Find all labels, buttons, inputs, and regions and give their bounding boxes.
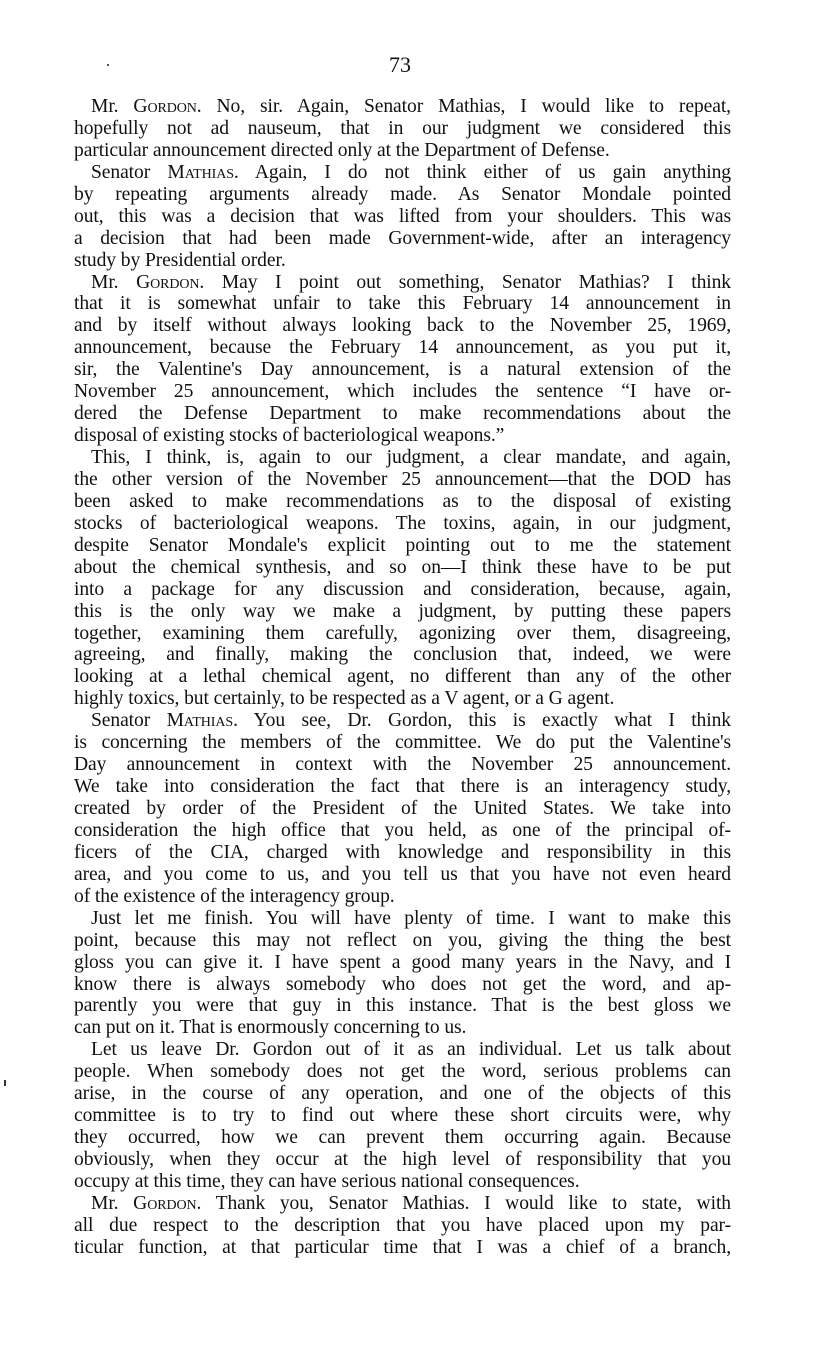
text-line: together, examining them carefully, agon…	[74, 623, 731, 645]
text-line: and by itself without always looking bac…	[74, 315, 731, 337]
line-text: into a package for any discussion and co…	[74, 579, 731, 600]
line-text: obviously, when they occur at the high l…	[74, 1149, 731, 1170]
line-text: can put on it. That is enormously concer…	[74, 1017, 466, 1038]
text-line: about the chemical synthesis, and so on—…	[74, 557, 731, 579]
line-text: highly toxics, but certainly, to be resp…	[74, 688, 614, 709]
text-line: out, this was a decision that was lifted…	[74, 206, 731, 228]
text-line: We take into consideration the fact that…	[74, 776, 731, 798]
line-text: You see, Dr. Gordon, this is exactly wha…	[238, 710, 731, 731]
line-text: by repeating arguments already made. As …	[74, 184, 731, 205]
text-line: Let us leave Dr. Gordon out of it as an …	[74, 1039, 731, 1061]
text-line: particular announcement directed only at…	[74, 140, 731, 162]
text-line: highly toxics, but certainly, to be resp…	[74, 688, 731, 710]
line-text: ticular function, at that particular tim…	[74, 1237, 731, 1258]
hearing-transcript-body: Mr. Gordon. No, sir. Again, Senator Math…	[74, 96, 731, 1259]
text-line: ticular function, at that particular tim…	[74, 1237, 731, 1259]
line-text: created by order of the President of the…	[74, 798, 731, 819]
line-text: occupy at this time, they can have serio…	[74, 1171, 580, 1192]
text-line: This, I think, is, again to our judgment…	[74, 447, 731, 469]
line-text: stocks of bacteriological weapons. The t…	[74, 513, 731, 534]
text-line: obviously, when they occur at the high l…	[74, 1149, 731, 1171]
line-text: together, examining them carefully, agon…	[74, 623, 731, 644]
text-line: the other version of the November 25 ann…	[74, 469, 731, 491]
line-text: been asked to make recommendations as to…	[74, 491, 731, 512]
text-line: created by order of the President of the…	[74, 798, 731, 820]
text-line: all due respect to the description that …	[74, 1215, 731, 1237]
text-line: arise, in the course of any operation, a…	[74, 1083, 731, 1105]
line-text: consideration the high office that you h…	[74, 820, 731, 841]
text-line: by repeating arguments already made. As …	[74, 184, 731, 206]
line-text: study by Presidential order.	[74, 250, 286, 271]
page-number: 73	[0, 52, 800, 78]
line-text: this is the only way we make a judgment,…	[74, 601, 731, 622]
line-text: point, because this may not reflect on y…	[74, 930, 731, 951]
speaker-line: Senator Mathias. Again, I do not think e…	[74, 162, 731, 184]
text-line: Day announcement in context with the Nov…	[74, 754, 731, 776]
line-text: arise, in the course of any operation, a…	[74, 1083, 731, 1104]
speaker-name: Mr. Gordon.	[91, 1193, 201, 1214]
line-text: people. When somebody does not get the w…	[74, 1061, 731, 1082]
speaker-line: Senator Mathias. You see, Dr. Gordon, th…	[74, 710, 731, 732]
text-line: this is the only way we make a judgment,…	[74, 601, 731, 623]
text-line: of the existence of the interagency grou…	[74, 886, 731, 908]
text-line: dered the Defense Department to make rec…	[74, 403, 731, 425]
text-line: Just let me finish. You will have plenty…	[74, 908, 731, 930]
line-text: May I point out something, Senator Mathi…	[204, 272, 731, 293]
line-text: they occurred, how we can prevent them o…	[74, 1127, 731, 1148]
line-text: sir, the Valentine's Day announcement, i…	[74, 359, 731, 380]
text-line: agreeing, and finally, making the conclu…	[74, 644, 731, 666]
line-text: know there is always somebody who does n…	[74, 974, 731, 995]
line-text: looking at a lethal chemical agent, no d…	[74, 666, 731, 687]
line-text: November 25 announcement, which includes…	[74, 381, 731, 402]
line-text: dered the Defense Department to make rec…	[74, 403, 731, 424]
line-text: hopefully not ad nauseum, that in our ju…	[74, 118, 731, 139]
line-text: disposal of existing stocks of bacteriol…	[74, 425, 504, 446]
speaker-name: Mr. Gordon.	[91, 96, 202, 117]
text-line: area, and you come to us, and you tell u…	[74, 864, 731, 886]
line-text: despite Senator Mondale's explicit point…	[74, 535, 731, 556]
text-line: announcement, because the February 14 an…	[74, 337, 731, 359]
line-text: This, I think, is, again to our judgment…	[91, 447, 731, 468]
text-line: study by Presidential order.	[74, 250, 731, 272]
text-line: occupy at this time, they can have serio…	[74, 1171, 731, 1193]
text-line: consideration the high office that you h…	[74, 820, 731, 842]
text-line: know there is always somebody who does n…	[74, 974, 731, 996]
line-text: area, and you come to us, and you tell u…	[74, 864, 731, 885]
line-text: Thank you, Senator Mathias. I would like…	[201, 1193, 731, 1214]
text-line: is concerning the members of the committ…	[74, 732, 731, 754]
text-line: committee is to try to find out where th…	[74, 1105, 731, 1127]
text-line: into a package for any discussion and co…	[74, 579, 731, 601]
text-line: been asked to make recommendations as to…	[74, 491, 731, 513]
line-text: out, this was a decision that was lifted…	[74, 206, 731, 227]
line-text: agreeing, and finally, making the conclu…	[74, 644, 731, 665]
line-text: Let us leave Dr. Gordon out of it as an …	[91, 1039, 731, 1060]
line-text: announcement, because the February 14 an…	[74, 337, 731, 358]
scan-artifact-mark	[4, 1080, 6, 1086]
line-text: and by itself without always looking bac…	[74, 315, 731, 336]
line-text: committee is to try to find out where th…	[74, 1105, 731, 1126]
text-line: gloss you can give it. I have spent a go…	[74, 952, 731, 974]
speaker-name: Senator Mathias.	[91, 710, 238, 731]
line-text: a decision that had been made Government…	[74, 228, 731, 249]
line-text: is concerning the members of the committ…	[74, 732, 731, 753]
text-line: a decision that had been made Government…	[74, 228, 731, 250]
line-text: We take into consideration the fact that…	[74, 776, 731, 797]
speaker-line: Mr. Gordon. May I point out something, S…	[74, 272, 731, 294]
text-line: sir, the Valentine's Day announcement, i…	[74, 359, 731, 381]
text-line: they occurred, how we can prevent them o…	[74, 1127, 731, 1149]
line-text: the other version of the November 25 ann…	[74, 469, 731, 490]
line-text: Day announcement in context with the Nov…	[74, 754, 731, 775]
text-line: hopefully not ad nauseum, that in our ju…	[74, 118, 731, 140]
line-text: gloss you can give it. I have spent a go…	[74, 952, 731, 973]
speaker-name: Senator Mathias.	[91, 162, 239, 183]
text-line: disposal of existing stocks of bacteriol…	[74, 425, 731, 447]
speaker-name: Mr. Gordon.	[91, 272, 204, 293]
speaker-line: Mr. Gordon. No, sir. Again, Senator Math…	[74, 96, 731, 118]
line-text: all due respect to the description that …	[74, 1215, 731, 1236]
text-line: ficers of the CIA, charged with knowledg…	[74, 842, 731, 864]
line-text: of the existence of the interagency grou…	[74, 886, 395, 907]
line-text: ficers of the CIA, charged with knowledg…	[74, 842, 731, 863]
text-line: can put on it. That is enormously concer…	[74, 1017, 731, 1039]
line-text: about the chemical synthesis, and so on—…	[74, 557, 731, 578]
line-text: Again, I do not think either of us gain …	[239, 162, 731, 183]
speaker-line: Mr. Gordon. Thank you, Senator Mathias. …	[74, 1193, 731, 1215]
text-line: that it is somewhat unfair to take this …	[74, 293, 731, 315]
line-text: particular announcement directed only at…	[74, 140, 610, 161]
text-line: people. When somebody does not get the w…	[74, 1061, 731, 1083]
line-text: No, sir. Again, Senator Mathias, I would…	[202, 96, 731, 117]
text-line: despite Senator Mondale's explicit point…	[74, 535, 731, 557]
text-line: stocks of bacteriological weapons. The t…	[74, 513, 731, 535]
text-line: looking at a lethal chemical agent, no d…	[74, 666, 731, 688]
line-text: that it is somewhat unfair to take this …	[74, 293, 731, 314]
text-line: point, because this may not reflect on y…	[74, 930, 731, 952]
text-line: November 25 announcement, which includes…	[74, 381, 731, 403]
text-line: parently you were that guy in this insta…	[74, 995, 731, 1017]
line-text: parently you were that guy in this insta…	[74, 995, 731, 1016]
line-text: Just let me finish. You will have plenty…	[91, 908, 731, 929]
